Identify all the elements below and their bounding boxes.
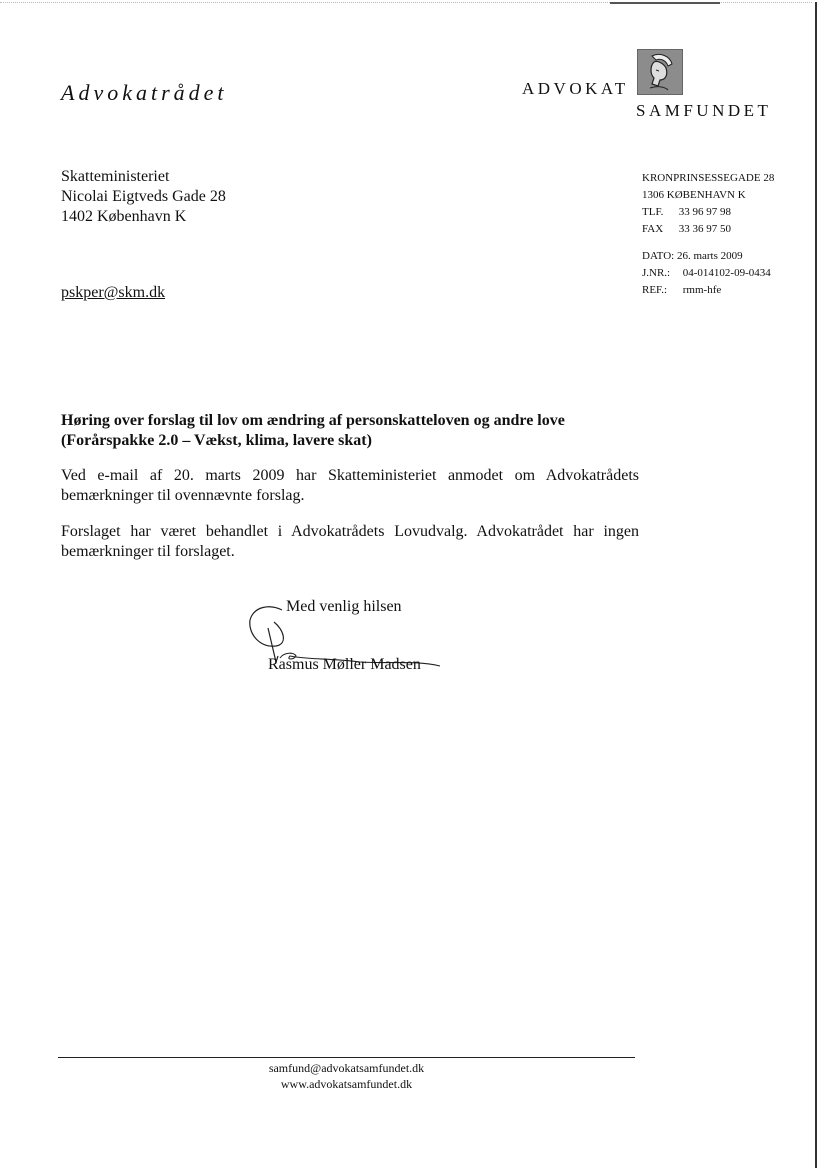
recipient-line: 1402 København K bbox=[61, 207, 226, 227]
letter-paragraph: Forslaget har været behandlet i Advokatr… bbox=[61, 522, 639, 562]
ref-label: REF.: bbox=[642, 282, 680, 299]
phone-row: TLF. 33 96 97 98 bbox=[642, 204, 774, 221]
phone-value: 33 96 97 98 bbox=[679, 206, 731, 218]
recipient-email-link[interactable]: pskper@skm.dk bbox=[61, 284, 165, 302]
ref-value: rmm-hfe bbox=[683, 284, 721, 296]
jnr-label: J.NR.: bbox=[642, 265, 680, 282]
sender-address-line: 1306 KØBENHAVN K bbox=[642, 187, 774, 204]
date-value: 26. marts 2009 bbox=[677, 250, 743, 262]
helmeted-head-icon bbox=[637, 49, 683, 95]
scan-edge-mark bbox=[610, 2, 720, 4]
recipient-line: Skatteministeriet bbox=[61, 167, 226, 187]
fax-value: 33 36 97 50 bbox=[679, 223, 731, 235]
letter-subject: Høring over forslag til lov om ændring a… bbox=[61, 411, 639, 451]
letter-paragraph: Ved e-mail af 20. marts 2009 har Skattem… bbox=[61, 466, 639, 506]
signatory-name: Rasmus Møller Madsen bbox=[268, 656, 421, 674]
logo-text-samfundet: SAMFUNDET bbox=[636, 101, 771, 121]
sender-address-line: KRONPRINSESSEGADE 28 bbox=[642, 170, 774, 187]
jnr-row: J.NR.: 04-014102-09-0434 bbox=[642, 265, 774, 282]
footer: samfund@advokatsamfundet.dk www.advokats… bbox=[58, 1060, 635, 1092]
jnr-value: 04-014102-09-0434 bbox=[683, 267, 771, 279]
fax-label: FAX bbox=[642, 221, 676, 238]
ref-row: REF.: rmm-hfe bbox=[642, 282, 774, 299]
sender-info: KRONPRINSESSEGADE 28 1306 KØBENHAVN K TL… bbox=[642, 170, 774, 299]
organization-name: Advokatrådet bbox=[61, 80, 228, 106]
fax-row: FAX 33 36 97 50 bbox=[642, 221, 774, 238]
footer-email-link[interactable]: samfund@advokatsamfundet.dk bbox=[58, 1060, 635, 1076]
footer-website-link[interactable]: www.advokatsamfundet.dk bbox=[58, 1076, 635, 1092]
scan-edge-right bbox=[815, 2, 817, 1168]
footer-divider bbox=[58, 1057, 635, 1058]
recipient-line: Nicolai Eigtveds Gade 28 bbox=[61, 187, 226, 207]
date-row: DATO: 26. marts 2009 bbox=[642, 248, 774, 265]
logo-text-advokat: ADVOKAT bbox=[522, 79, 629, 99]
recipient-address: Skatteministeriet Nicolai Eigtveds Gade … bbox=[61, 167, 226, 227]
phone-label: TLF. bbox=[642, 204, 676, 221]
date-label: DATO: bbox=[642, 250, 674, 262]
